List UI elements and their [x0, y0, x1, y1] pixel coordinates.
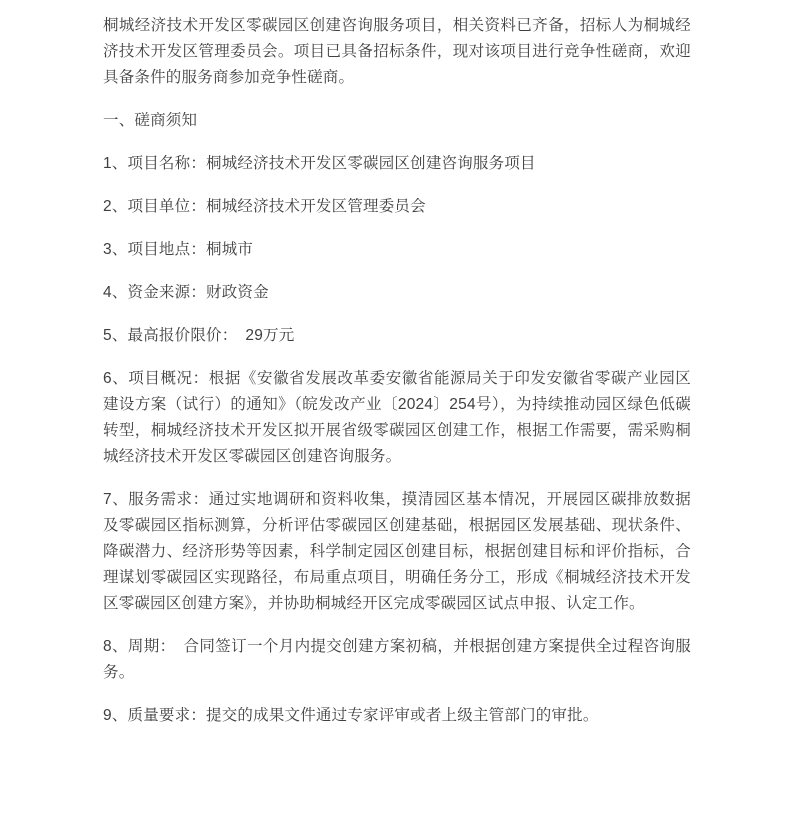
notice-item-project-overview: 6、项目概况：根据《安徽省发展改革委安徽省能源局关于印发安徽省零碳产业园区建设方… — [103, 366, 691, 470]
notice-item-service-requirements: 7、服务需求：通过实地调研和资料收集，摸清园区基本情况，开展园区碳排放数据及零碳… — [103, 487, 691, 617]
notice-item-project-location: 3、项目地点：桐城市 — [103, 237, 691, 263]
notice-item-project-name: 1、项目名称：桐城经济技术开发区零碳园区创建咨询服务项目 — [103, 151, 691, 177]
notice-item-project-unit: 2、项目单位：桐城经济技术开发区管理委员会 — [103, 194, 691, 220]
notice-item-funding-source: 4、资金来源：财政资金 — [103, 280, 691, 306]
notice-item-period: 8、周期： 合同签订一个月内提交创建方案初稿，并根据创建方案提供全过程咨询服务。 — [103, 634, 691, 686]
document-body: 桐城经济技术开发区零碳园区创建咨询服务项目，相关资料已齐备，招标人为桐城经济技术… — [0, 0, 793, 729]
intro-paragraph: 桐城经济技术开发区零碳园区创建咨询服务项目，相关资料已齐备，招标人为桐城经济技术… — [103, 13, 691, 91]
section-heading: 一、磋商须知 — [103, 108, 691, 134]
notice-item-max-price: 5、最高报价限价： 29万元 — [103, 323, 691, 349]
notice-item-quality-requirements: 9、质量要求：提交的成果文件通过专家评审或者上级主管部门的审批。 — [103, 703, 691, 729]
